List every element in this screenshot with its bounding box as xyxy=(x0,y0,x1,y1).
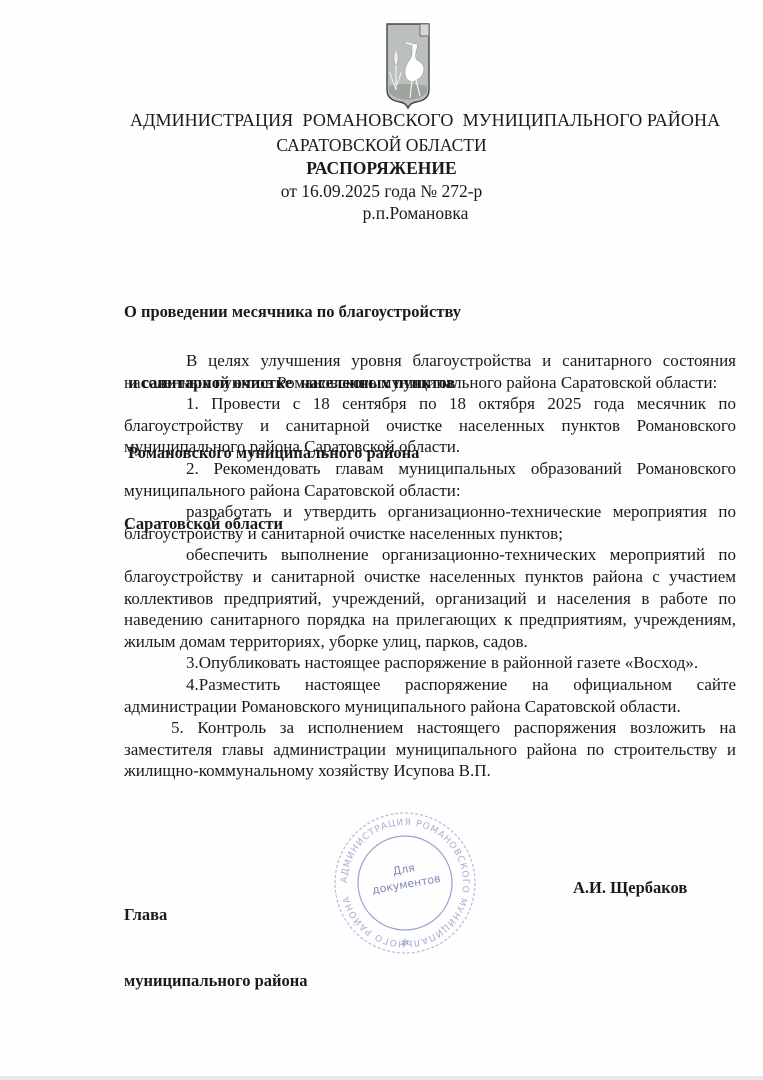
signer-title-line1: Глава xyxy=(124,904,308,926)
item-2a-paragraph: разработать и утвердить организационно-т… xyxy=(124,501,736,544)
document-date-number: от 16.09.2025 года № 272-р xyxy=(0,181,763,202)
page-bottom-edge xyxy=(0,1076,763,1080)
document-page: АДМИНИСТРАЦИЯ РОМАНОВСКОГО МУНИЦИПАЛЬНОГ… xyxy=(0,0,763,1080)
document-place: р.п.Романовка xyxy=(34,203,763,224)
signer-title-line2: муниципального района xyxy=(124,970,308,992)
signature-block: Глава муниципального района xyxy=(124,860,308,1036)
organization-name-line1: АДМИНИСТРАЦИЯ РОМАНОВСКОГО МУНИЦИПАЛЬНОГ… xyxy=(130,110,720,131)
coat-of-arms-heron-icon xyxy=(384,20,432,112)
item-1-paragraph: 1. Провести с 18 сентября по 18 октября … xyxy=(124,393,736,458)
item-2b-paragraph: обеспечить выполнение организационно-тех… xyxy=(124,544,736,652)
svg-text:✻: ✻ xyxy=(401,938,409,949)
subject-line: О проведении месячника по благоустройств… xyxy=(124,300,461,324)
preamble-paragraph: В целях улучшения уровня благоустройства… xyxy=(124,350,736,393)
item-4-paragraph: 4.Разместить настоящее распоряжение на о… xyxy=(124,674,736,717)
organization-name-line2: САРАТОВСКОЙ ОБЛАСТИ xyxy=(0,135,763,156)
item-5-paragraph: 5. Контроль за исполнением настоящего ра… xyxy=(124,717,736,782)
item-3-paragraph: 3.Опубликовать настоящее распоряжение в … xyxy=(124,652,736,674)
item-2-paragraph: 2. Рекомендовать главам муниципальных об… xyxy=(124,458,736,501)
document-body: В целях улучшения уровня благоустройства… xyxy=(124,350,736,782)
signer-name: А.И. Щербаков xyxy=(573,878,687,898)
document-type: РАСПОРЯЖЕНИЕ xyxy=(0,158,763,179)
